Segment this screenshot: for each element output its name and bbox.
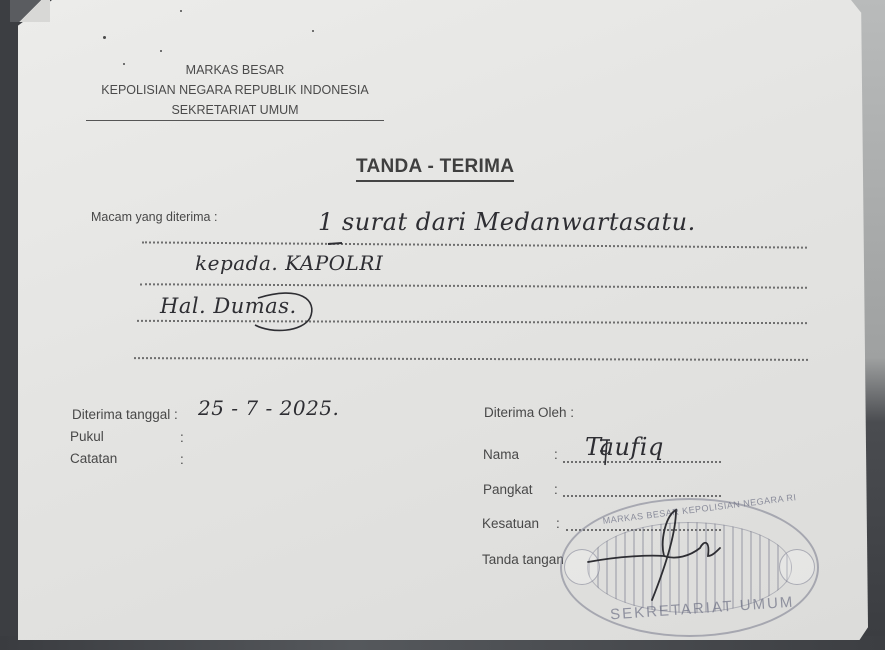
received-by-heading: Diterima Oleh : [484,405,574,420]
letterhead-line-1: MARKAS BESAR [84,60,386,80]
received-item-line-1: 1 surat dari Medanwartasatu. [318,208,696,236]
received-item-label: Macam yang diterima : [91,210,217,224]
letterhead: MARKAS BESAR KEPOLISIAN NEGARA REPUBLIK … [84,60,386,120]
letterhead-line-2: KEPOLISIAN NEGARA REPUBLIK INDONESIA [84,80,386,100]
police-emblem-icon [779,549,815,585]
notes-label: Catatan [70,451,117,466]
rank-dotted-line [563,495,721,497]
name-dotted-line [563,461,721,463]
rank-colon: : [554,482,558,497]
paper-speck [103,36,106,39]
notes-colon: : [180,452,184,467]
unit-colon: : [556,516,560,531]
letterhead-line-3: SEKRETARIAT UMUM [84,100,386,120]
signature-label: Tanda tangan [482,552,564,567]
document-title: TANDA - TERIMA [356,156,514,182]
paper-speck [180,10,182,12]
received-item-line-2: kepada. KAPOLRI [195,251,383,275]
date-value: 25 - 7 - 2025. [198,396,339,420]
official-stamp: MARKAS BESAR KEPOLISIAN NEGARA RI SEKRET… [560,498,819,637]
name-label: Nama [483,447,519,462]
folded-corner [10,0,50,22]
name-colon: : [554,447,558,462]
police-emblem-icon [564,549,600,585]
unit-label: Kesatuan [482,516,539,531]
time-label: Pukul [70,429,104,444]
received-item-line-3: Hal. Dumas. [160,294,297,318]
paper-speck [312,30,314,32]
name-value: Taufiq [585,433,664,461]
paper-speck [160,50,162,52]
rank-label: Pangkat [483,482,533,497]
letterhead-rule [86,120,384,121]
time-colon: : [180,430,184,445]
date-label: Diterima tanggal : [72,407,178,422]
